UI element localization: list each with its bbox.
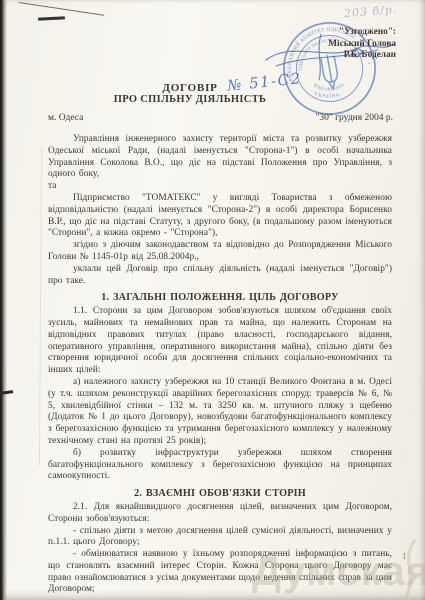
- section1-heading: 1. ЗАГАЛЬНІ ПОЛОЖЕННЯ. ЦІЛЬ ДОГОВОРУ: [48, 292, 392, 304]
- intro-paragraph-5: уклали цей Договір про спільну діяльніст…: [48, 264, 392, 288]
- section1-paragraph-3: б) розвитку інфраструктури узбережжя шля…: [48, 448, 392, 483]
- intro-paragraph-4: згідно з діючим законодавством та відпов…: [48, 240, 392, 264]
- scan-artifact-diagonal: [19, 2, 104, 16]
- date-label: "30" грудня 2004 р.: [316, 113, 393, 123]
- section1-paragraph-2: а) належного захисту узбережжя на 10 ста…: [48, 377, 392, 448]
- intro-paragraph-1: Управління інженерного захисту території…: [48, 134, 392, 181]
- approval-block: "Узгоджено": Міський Голова Р.Б. Боделан: [328, 27, 396, 62]
- city-label: м. Одеса: [48, 113, 83, 123]
- intro-paragraph-2: та: [48, 181, 392, 193]
- section2-paragraph-2: - спільно діяти з метою досягнення цілей…: [48, 526, 392, 550]
- document-title: ДОГОВІР ПРО СПІЛЬНУ ДІЯЛЬНІСТЬ: [0, 82, 380, 106]
- title-line1: ДОГОВІР: [0, 82, 380, 94]
- page-number: 1: [402, 551, 407, 561]
- watermark-tail-swoosh: [390, 535, 425, 600]
- scanned-contract-page: 203 б/р. ВИКОНАВЧИЙ КОМІТЕТ ОДЕСЬКОЇ ОДЕ…: [0, 0, 425, 600]
- approval-role: Міський Голова: [328, 39, 396, 51]
- section1-paragraph-1: 1.1. Сторони за цим Договором зобов'язую…: [48, 306, 392, 377]
- approval-name: Р.Б. Боделан: [328, 50, 396, 62]
- intro-paragraph-3: Підприємство "ТОМАТЕКС" у вигляді Товари…: [48, 193, 392, 240]
- meta-row: м. Одеса "30" грудня 2004 р.: [48, 113, 393, 123]
- section2-heading: 2. ВЗАЄМНІ ОБОВ'ЯЗКИ СТОРІН: [48, 488, 392, 500]
- section2-paragraph-1: 2.1. Для якнайшвидшого досягнення цілей,…: [48, 502, 392, 526]
- approval-quote: "Узгоджено":: [328, 27, 396, 39]
- title-line2: ПРО СПІЛЬНУ ДІЯЛЬНІСТЬ: [0, 94, 380, 106]
- scan-artifact-dash: [38, 16, 65, 20]
- contract-body: Управління інженерного захисту території…: [48, 134, 392, 596]
- paper-crease: [39, 148, 42, 466]
